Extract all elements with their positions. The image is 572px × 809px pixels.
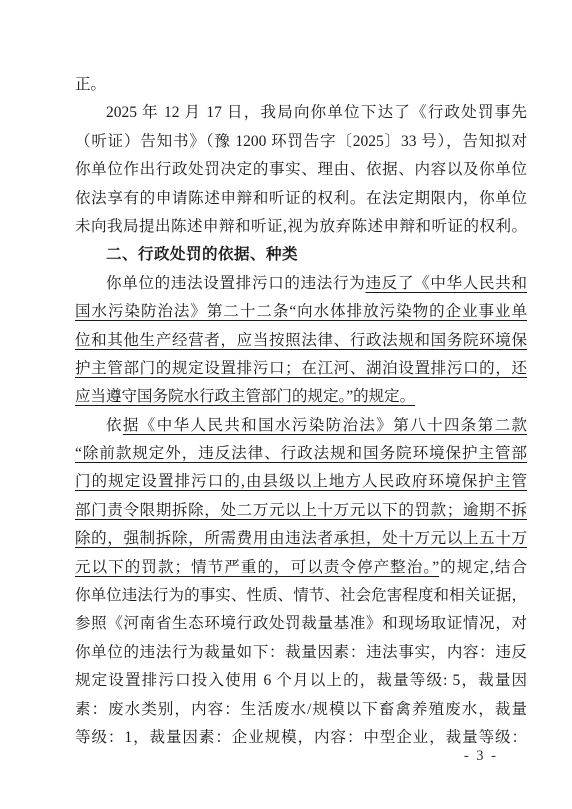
underlined-text: 应当遵守国务院水行政主管部门的规定。”的规定。 xyxy=(75,388,415,405)
text-segment: 依 xyxy=(106,417,123,434)
text-segment: 参照《河南省生态环境行政处罚裁量基准》和现场取证情况，对 xyxy=(75,615,527,632)
text-line: 你单位违法行为的事实、性质、情节、社会危害程度和相关证据， xyxy=(75,582,527,610)
text-segment: 你单位违法行为的事实、性质、情节、社会危害程度和相关证据， xyxy=(75,587,527,604)
underlined-text: 除的，强制拆除，所需费用由违法者承担，处十万元以上五十万 xyxy=(75,530,527,547)
text-segment: （听证）告知书》（豫 1200 环罚告字〔2025〕33 号），告知拟对 xyxy=(75,133,527,150)
page-number: - 3 - xyxy=(464,748,498,765)
text-line: 除的，强制拆除，所需费用由违法者承担，处十万元以上五十万 xyxy=(75,525,527,553)
text-line: 规定设置排污口投入使用 6 个月以上的，裁量等级: 5，裁量因 xyxy=(75,667,527,695)
text-line: 素：废水类别，内容：生活废水/规模以下畜禽养殖废水，裁量 xyxy=(75,696,527,724)
text-line: “除前款规定外，违反法律、行政法规和国务院环境保护主管部 xyxy=(75,440,527,468)
underlined-text: 元以下的罚款；情节严重的，可以责令停产整治。” xyxy=(75,559,439,576)
underlined-text: 护主管部门的规定设置排污口；在江河、湖泊设置排污口的，还 xyxy=(75,360,527,377)
text-segment: 二、行政处罚的依据、种类 xyxy=(106,246,298,263)
underlined-text: 违反了《中华人民共和 xyxy=(366,275,527,292)
text-line: 元以下的罚款；情节严重的，可以责令停产整治。”的规定,结合 xyxy=(75,554,527,582)
underlined-text: 位和其他生产经营者，应当按照法律、行政法规和国务院环境保 xyxy=(75,332,527,349)
text-line: 依法享有的申请陈述申辩和听证的权利。在法定期限内，你单位 xyxy=(75,185,527,213)
text-line: 你单位的违法设置排污口的违法行为违反了《中华人民共和 xyxy=(75,270,527,298)
text-segment: 依法享有的申请陈述申辩和听证的权利。在法定期限内，你单位 xyxy=(75,190,527,207)
text-segment: 正。 xyxy=(75,76,106,93)
text-segment: 的规定,结合 xyxy=(439,559,527,576)
text-line: 部门责令限期拆除，处二万元以上十万元以下的罚款；逾期不拆 xyxy=(75,497,527,525)
text-line: 正。 xyxy=(75,71,527,99)
text-line: 国水污染防治法》第二十二条“向水体排放污染物的企业事业单 xyxy=(75,298,527,326)
text-segment: 未向我局提出陈述申辩和听证,视为放弃陈述申辩和听证的权利。 xyxy=(75,218,527,235)
text-line: 护主管部门的规定设置排污口；在江河、湖泊设置排污口的，还 xyxy=(75,355,527,383)
text-segment: 2025 年 12 月 17 日，我局向你单位下达了《行政处罚事先 xyxy=(106,104,527,121)
underlined-text: 部门责令限期拆除，处二万元以上十万元以下的罚款；逾期不拆 xyxy=(75,502,527,519)
section-heading: 二、行政处罚的依据、种类 xyxy=(75,241,527,269)
text-line: 等级：1，裁量因素：企业规模，内容：中型企业，裁量等级： xyxy=(75,724,527,752)
underlined-text: 据《中华人民共和国水污染防治法》第八十四条第二款 xyxy=(123,417,527,434)
text-segment: 你单位的违法行为裁量如下：裁量因素：违法事实，内容：违反 xyxy=(75,644,527,661)
text-line: 依据《中华人民共和国水污染防治法》第八十四条第二款 xyxy=(75,412,527,440)
text-line: 位和其他生产经营者，应当按照法律、行政法规和国务院环境保 xyxy=(75,327,527,355)
text-line: （听证）告知书》（豫 1200 环罚告字〔2025〕33 号），告知拟对 xyxy=(75,128,527,156)
text-line: 2025 年 12 月 17 日，我局向你单位下达了《行政处罚事先 xyxy=(75,99,527,127)
text-line: 你单位的违法行为裁量如下：裁量因素：违法事实，内容：违反 xyxy=(75,639,527,667)
text-segment: 规定设置排污口投入使用 6 个月以上的，裁量等级: 5，裁量因 xyxy=(75,672,527,689)
underlined-text: 国水污染防治法》第二十二条“向水体排放污染物的企业事业单 xyxy=(75,303,527,320)
text-line: 未向我局提出陈述申辩和听证,视为放弃陈述申辩和听证的权利。 xyxy=(75,213,527,241)
text-segment: 你单位作出行政处罚决定的事实、理由、依据、内容以及你单位 xyxy=(75,161,527,178)
text-line: 参照《河南省生态环境行政处罚裁量基准》和现场取证情况，对 xyxy=(75,610,527,638)
text-line: 门的规定设置排污口的,由县级以上地方人民政府环境保护主管 xyxy=(75,468,527,496)
text-segment: 等级：1，裁量因素：企业规模，内容：中型企业，裁量等级： xyxy=(75,729,527,746)
document-body: 正。2025 年 12 月 17 日，我局向你单位下达了《行政处罚事先（听证）告… xyxy=(75,71,527,752)
document-page: 正。2025 年 12 月 17 日，我局向你单位下达了《行政处罚事先（听证）告… xyxy=(0,0,572,809)
underlined-text: 门的规定设置排污口的,由县级以上地方人民政府环境保护主管 xyxy=(75,473,527,490)
text-line: 你单位作出行政处罚决定的事实、理由、依据、内容以及你单位 xyxy=(75,156,527,184)
underlined-text: “除前款规定外，违反法律、行政法规和国务院环境保护主管部 xyxy=(75,445,527,462)
text-segment: 你单位的违法设置排污口的违法行为 xyxy=(106,275,366,292)
text-segment: 素：废水类别，内容：生活废水/规模以下畜禽养殖废水，裁量 xyxy=(75,701,527,718)
text-line: 应当遵守国务院水行政主管部门的规定。”的规定。 xyxy=(75,383,527,411)
